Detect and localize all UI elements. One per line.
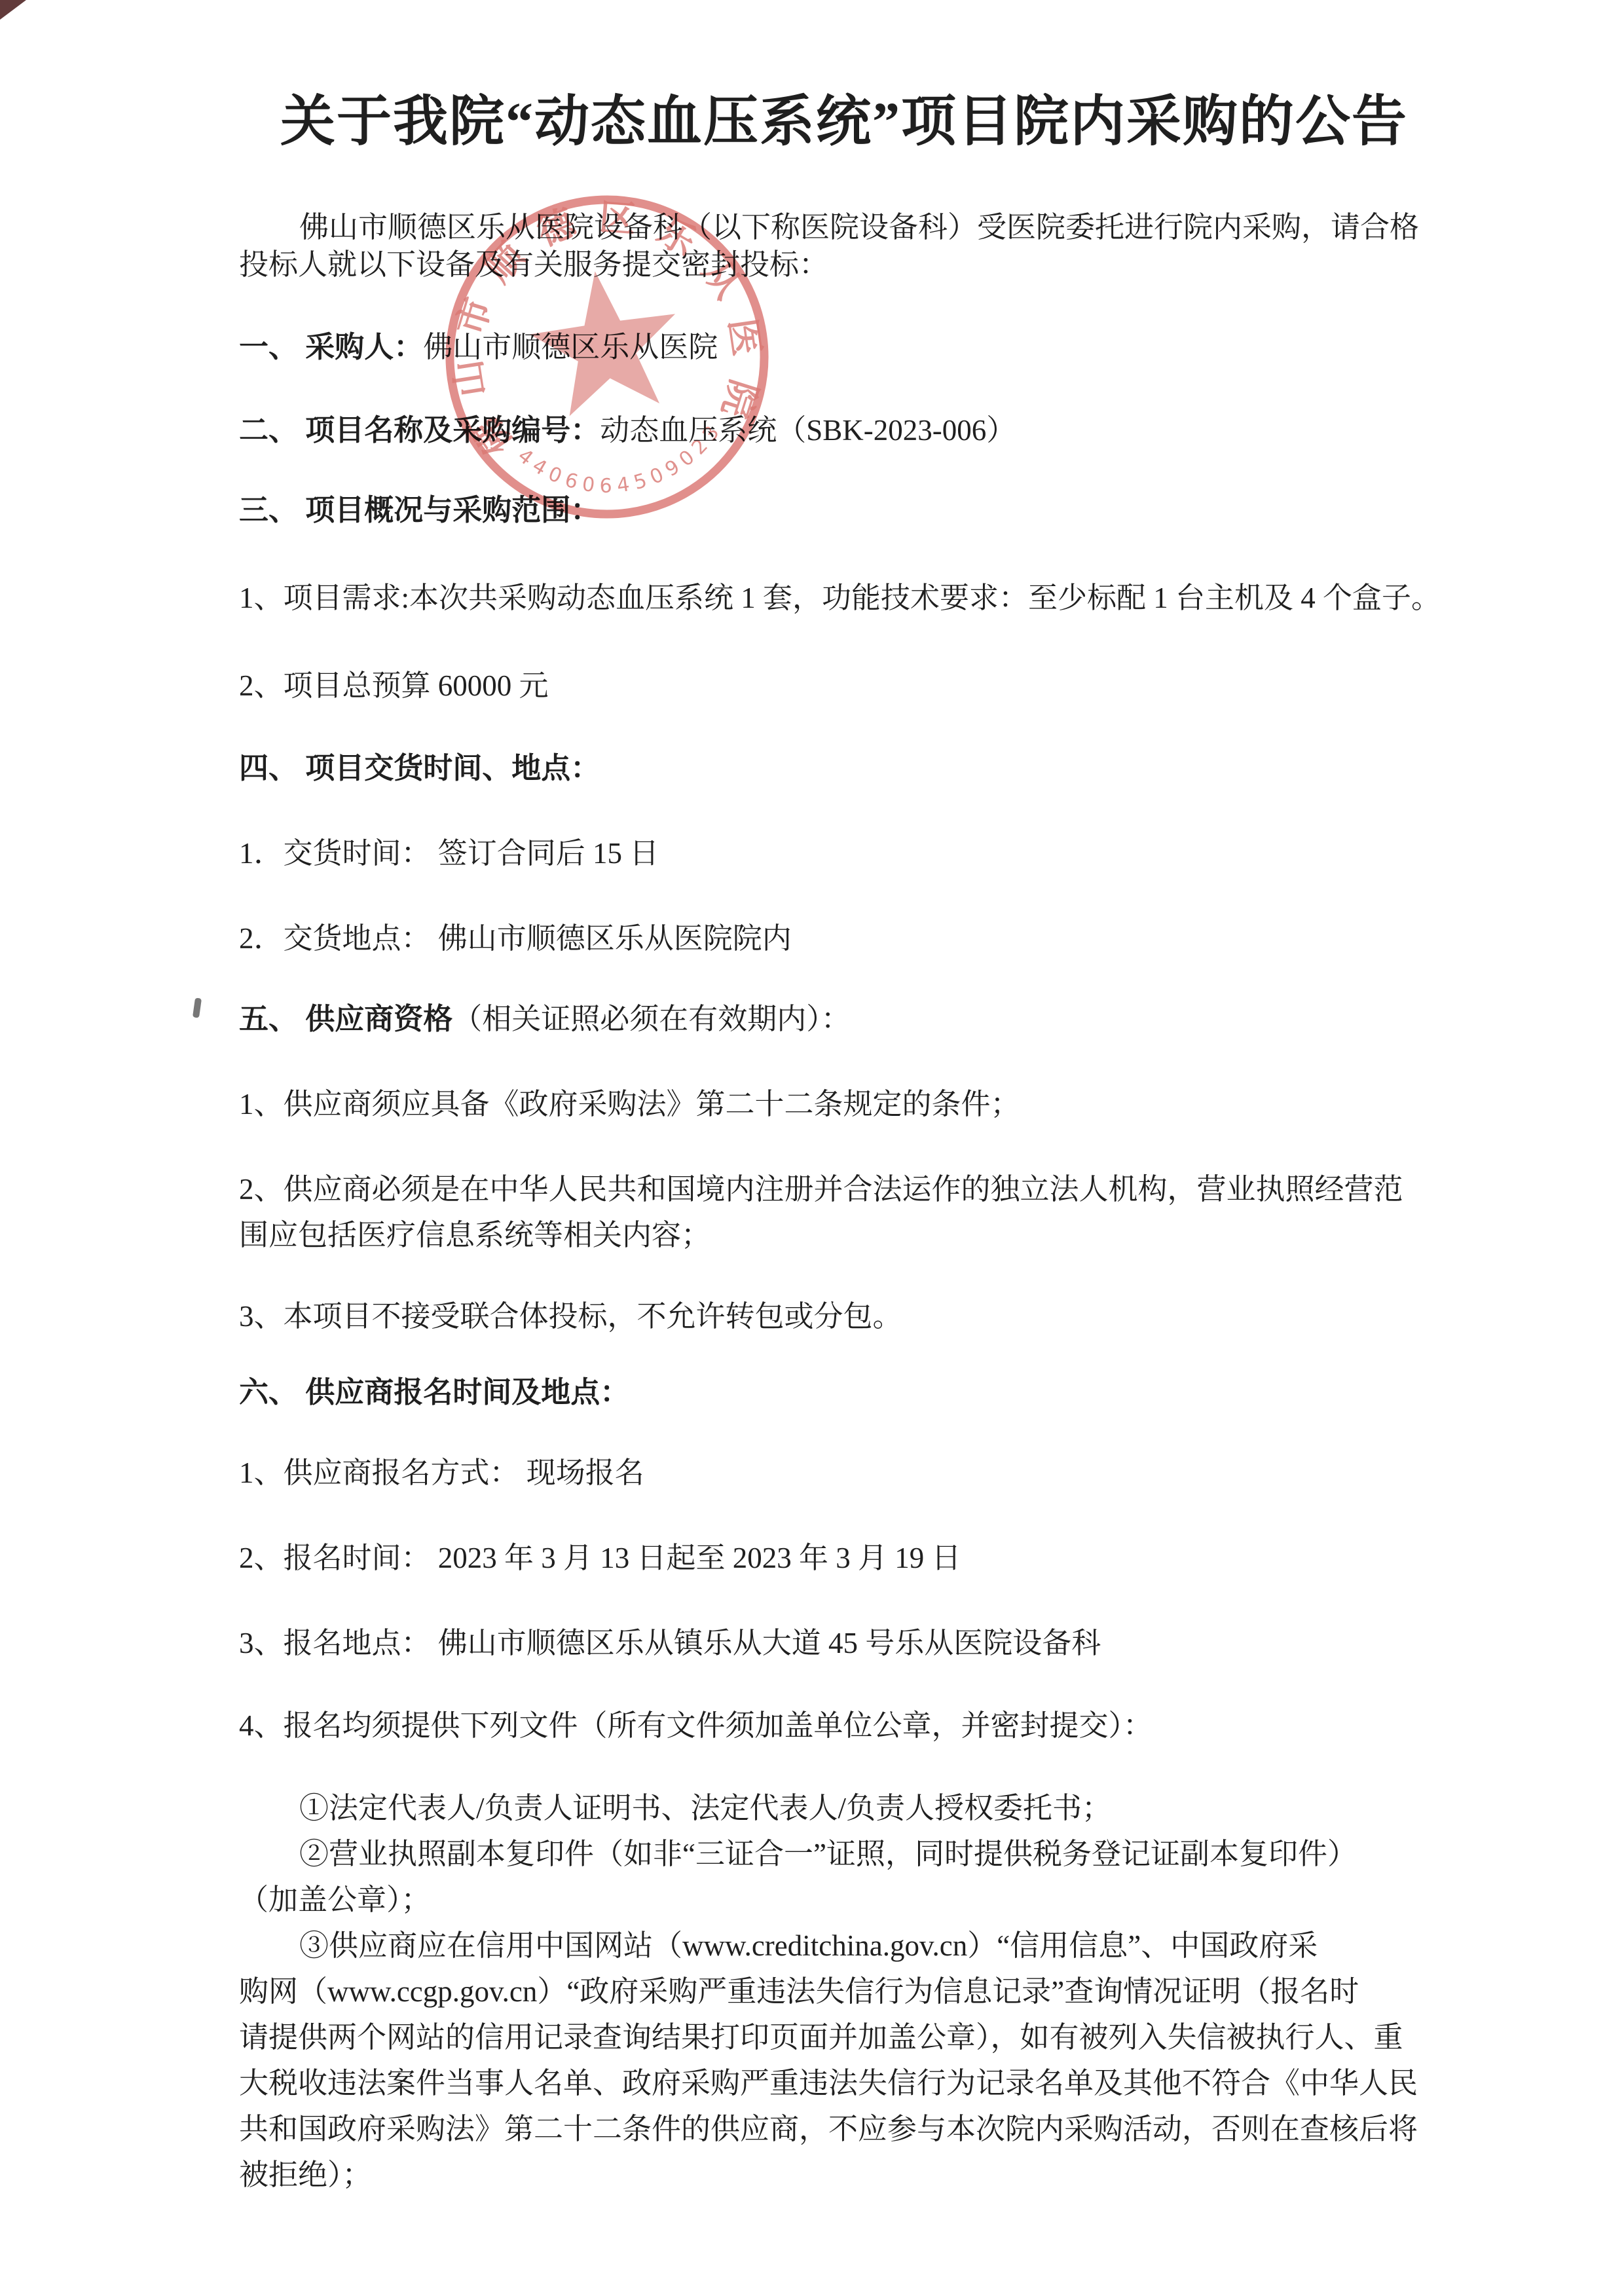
section-3-item-2: 2、项目总预算 60000 元 bbox=[239, 669, 549, 703]
page-title: 关于我院“动态血压系统”项目院内采购的公告 bbox=[64, 92, 1624, 153]
section-1-purchaser: 一、 采购人：佛山市顺德区乐从医院 bbox=[239, 331, 718, 365]
required-doc-3-line-5: 共和国政府采购法》第二十二条件的供应商，不应参与本次院内采购活动，否则在查核后将 bbox=[239, 2106, 1418, 2152]
section-3-item-1: 1、项目需求:本次共采购动态血压系统 1 套，功能技术要求：至少标配 1 台主机… bbox=[239, 582, 1441, 616]
section-1-label: 一、 采购人： bbox=[239, 331, 423, 363]
section-5-item-2-line-2: 围应包括医疗信息系统等相关内容； bbox=[239, 1212, 1403, 1258]
required-documents-list: ①法定代表人/负责人证明书、法定代表人/负责人授权委托书； ②营业执照副本复印件… bbox=[239, 1785, 1418, 2198]
section-5-item-3: 3、本项目不接受联合体投标，不允许转包或分包。 bbox=[239, 1300, 902, 1334]
section-5-note: （相关证照必须在有效期内）： bbox=[452, 1003, 851, 1035]
scanned-document-page: 关于我院“动态血压系统”项目院内采购的公告 佛山市顺德区乐从医院设备科（以下称医… bbox=[0, 0, 1624, 2296]
required-doc-1: ①法定代表人/负责人证明书、法定代表人/负责人授权委托书； bbox=[239, 1785, 1418, 1831]
section-5-item-2-line-1: 2、供应商必须是在中华人民共和国境内注册并合法运作的独立法人机构，营业执照经营范 bbox=[239, 1166, 1403, 1212]
required-doc-2-line-2: （加盖公章）； bbox=[239, 1877, 1418, 1923]
section-2-value: 动态血压系统（SBK-2023-006） bbox=[600, 414, 1016, 447]
section-4-item-1: 1．交货时间： 签订合同后 15 日 bbox=[239, 837, 659, 871]
section-6-item-4: 4、报名均须提供下列文件（所有文件须加盖单位公章，并密封提交）： bbox=[239, 1709, 1153, 1743]
section-2-label: 二、 项目名称及采购编号： bbox=[239, 414, 600, 447]
section-2-project-name: 二、 项目名称及采购编号：动态血压系统（SBK-2023-006） bbox=[239, 414, 1016, 448]
required-doc-3-line-2: 购网（www.ccgp.gov.cn）“政府采购严重违法失信行为信息记录”查询情… bbox=[239, 1969, 1418, 2014]
intro-paragraph: 佛山市顺德区乐从医院设备科（以下称医院设备科）受医院委托进行院内采购，请合格 投… bbox=[239, 209, 1419, 284]
required-doc-2-line-1: ②营业执照副本复印件（如非“三证合一”证照，同时提供税务登记证副本复印件） bbox=[239, 1831, 1418, 1877]
required-doc-3-line-1: ③供应商应在信用中国网站（www.creditchina.gov.cn）“信用信… bbox=[239, 1923, 1418, 1969]
required-doc-3-line-3: 请提供两个网站的信用记录查询结果打印页面并加盖公章），如有被列入失信被执行人、重 bbox=[239, 2014, 1418, 2060]
scan-edge-speck bbox=[193, 997, 202, 1018]
section-3-heading: 三、 项目概况与采购范围： bbox=[239, 494, 600, 528]
section-5-label: 五、 供应商资格 bbox=[239, 1003, 452, 1035]
section-5-item-2: 2、供应商必须是在中华人民共和国境内注册并合法运作的独立法人机构，营业执照经营范… bbox=[239, 1166, 1403, 1258]
section-4-heading: 四、 项目交货时间、地点： bbox=[239, 752, 600, 786]
section-5-item-1: 1、供应商须应具备《政府采购法》第二十二条规定的条件； bbox=[239, 1088, 1020, 1122]
intro-line-2: 投标人就以下设备及有关服务提交密封投标： bbox=[239, 246, 1419, 284]
section-4-item-2: 2．交货地点： 佛山市顺德区乐从医院院内 bbox=[239, 922, 792, 956]
required-doc-3-line-6: 被拒绝）； bbox=[239, 2152, 1418, 2198]
section-1-value: 佛山市顺德区乐从医院 bbox=[423, 331, 718, 363]
section-5-heading: 五、 供应商资格（相关证照必须在有效期内）： bbox=[239, 1003, 851, 1037]
section-6-item-2: 2、报名时间： 2023 年 3 月 13 日起至 2023 年 3 月 19 … bbox=[239, 1542, 961, 1576]
intro-line-1: 佛山市顺德区乐从医院设备科（以下称医院设备科）受医院委托进行院内采购，请合格 bbox=[239, 209, 1419, 246]
required-doc-3-line-4: 大税收违法案件当事人名单、政府采购严重违法失信行为记录名单及其他不符合《中华人民 bbox=[239, 2060, 1418, 2106]
section-6-item-3: 3、报名地点： 佛山市顺德区乐从镇乐从大道 45 号乐从医院设备科 bbox=[239, 1627, 1101, 1661]
section-6-item-1: 1、供应商报名方式： 现场报名 bbox=[239, 1456, 644, 1491]
section-6-heading: 六、 供应商报名时间及地点： bbox=[239, 1376, 629, 1410]
scan-corner-artifact bbox=[0, 0, 26, 20]
